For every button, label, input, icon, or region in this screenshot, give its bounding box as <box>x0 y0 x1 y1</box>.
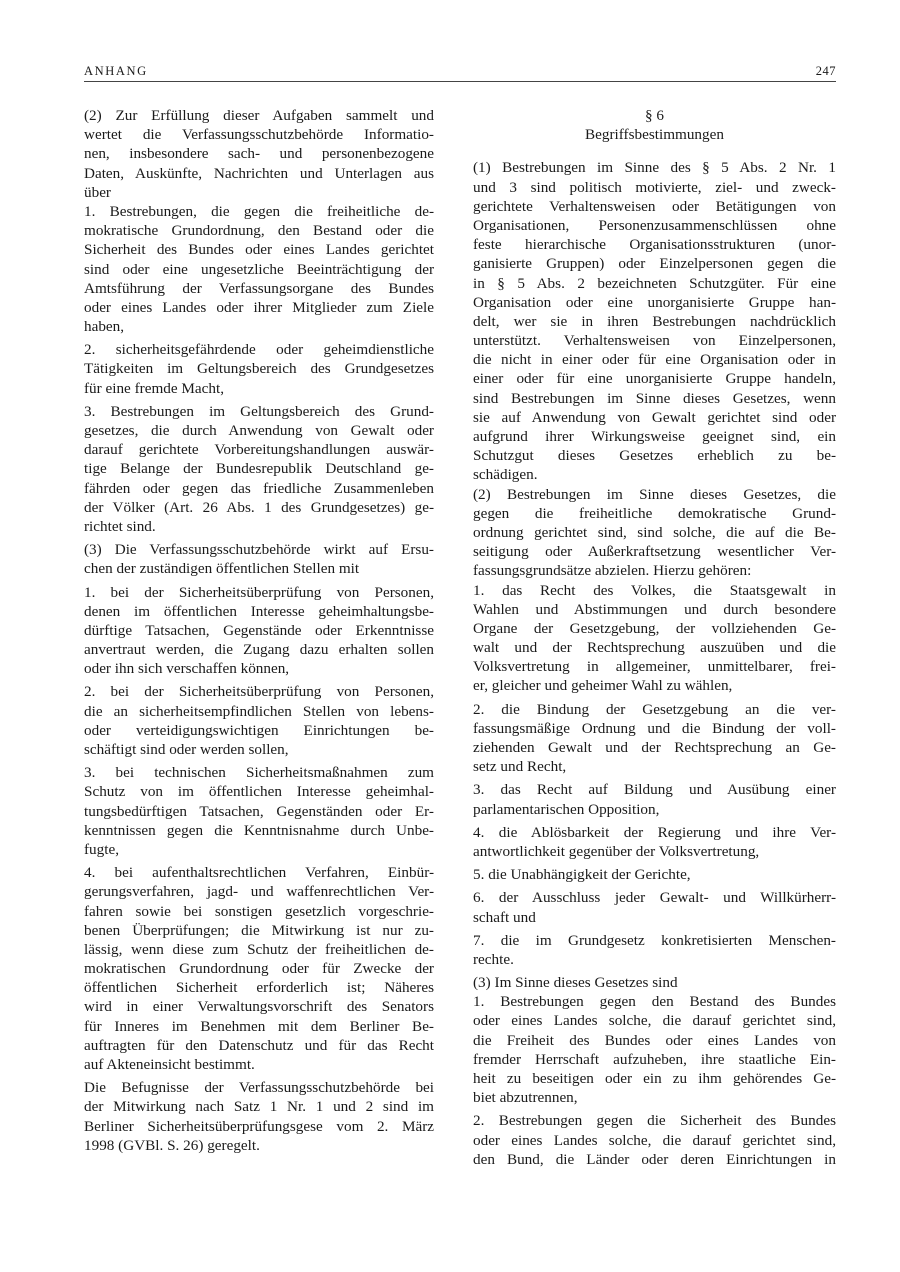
paragraph: 6. der Ausschluss jeder Gewalt- und Will… <box>473 888 836 926</box>
text-line: (3) Im Sinne dieses Gesetzes sind <box>473 973 836 992</box>
text-line: er, gleicher und geheimer Wahl zu wählen… <box>473 676 836 695</box>
text-line: Daten, Auskünfte, Nachrichten und Unterl… <box>84 164 434 183</box>
text-line: 1. Bestrebungen gegen den Bestand des Bu… <box>473 992 836 1011</box>
text-line: kenntnissen gegen die Kenntnisnahme durc… <box>84 821 434 840</box>
text-line: für eine fremde Macht, <box>84 379 434 398</box>
text-line: sie auf Anwendung von Gewalt gerichtet s… <box>473 408 836 427</box>
text-line: sind Bestrebungen im Sinne dieses Gesetz… <box>473 389 836 408</box>
text-line: 6. der Ausschluss jeder Gewalt- und Will… <box>473 888 836 907</box>
text-line: mokratische Grundordnung, den Bestand od… <box>84 221 434 240</box>
text-line: seitigung oder Außerkraftsetzung wesentl… <box>473 542 836 561</box>
text-line: schaft und <box>473 908 836 927</box>
text-line: 5. die Unabhängigkeit der Gerichte, <box>473 865 836 884</box>
paragraph: (2) Bestrebungen im Sinne dieses Gesetze… <box>473 485 836 581</box>
text-line: (1) Bestrebungen im Sinne des § 5 Abs. 2… <box>473 158 836 177</box>
text-line: fugte, <box>84 840 434 859</box>
text-line: auftragten für den Datenschutz und für d… <box>84 1036 434 1055</box>
text-line: gerichtete Verhaltensweisen oder Betätig… <box>473 197 836 216</box>
text-line: Schutzgut dieses Gesetzes erheblich zu b… <box>473 446 836 465</box>
text-line: tige Belange der Bundesrepublik Deutschl… <box>84 459 434 478</box>
text-line: Tätigkeiten im Geltungsbereich des Grund… <box>84 359 434 378</box>
paragraph: 1. das Recht des Volkes, die Staatsgewal… <box>473 581 836 696</box>
text-line: den Bund, die Länder oder deren Einricht… <box>473 1150 836 1169</box>
paragraph: 2. die Bindung der Gesetzgebung an die v… <box>473 700 836 777</box>
text-line: (3) Die Verfassungsschutzbehörde wirkt a… <box>84 540 434 559</box>
running-header: ANHANG 247 <box>84 63 836 82</box>
text-line: auf Akteneinsicht bestimmt. <box>84 1055 434 1074</box>
text-line: Organisation oder eine unorganisierte Gr… <box>473 293 836 312</box>
text-line: fassungsmäßige Ordnung und die Bindung d… <box>473 719 836 738</box>
text-line: die nicht in einer oder für eine Organis… <box>473 350 836 369</box>
text-line: 1998 (GVBl. S. 26) geregelt. <box>84 1136 434 1155</box>
text-line: tungsbedürftigen Tatsachen, Gegenständen… <box>84 802 434 821</box>
text-line: heit zu beseitigen oder ein zu ihm gehör… <box>473 1069 836 1088</box>
text-line: sind oder eine ungesetzliche Beeinträcht… <box>84 260 434 279</box>
text-line: ziehenden Gewalt und der Rechtsprechung … <box>473 738 836 757</box>
text-line: 1. Bestrebungen, die gegen die freiheitl… <box>84 202 434 221</box>
text-line: Organe der Gesetzgebung, der vollziehend… <box>473 619 836 638</box>
paragraph: (3) Die Verfassungsschutzbehörde wirkt a… <box>84 540 434 578</box>
text-line: anvertraut werden, die Zugang dazu erhal… <box>84 640 434 659</box>
text-line: Wahlen und Abstimmungen und durch besond… <box>473 600 836 619</box>
paragraph: 1. bei der Sicherheitsüberprüfung von Pe… <box>84 583 434 679</box>
section-number: § 6 <box>473 106 836 125</box>
section-heading: § 6 Begriffsbestimmungen <box>473 106 836 144</box>
paragraph: 1. Bestrebungen gegen den Bestand des Bu… <box>473 992 836 1107</box>
text-line: für Inneres im Benehmen mit dem Berliner… <box>84 1017 434 1036</box>
text-line: 2. sicherheitsgefährdende oder geheimdie… <box>84 340 434 359</box>
paragraph: 5. die Unabhängigkeit der Gerichte, <box>473 865 836 884</box>
paragraph: (2) Zur Erfüllung dieser Aufgaben sammel… <box>84 106 434 202</box>
paragraph: 2. bei der Sicherheitsüberprüfung von Pe… <box>84 682 434 759</box>
paragraph: 3. bei technischen Sicherheitsmaßnahmen … <box>84 763 434 859</box>
text-line: oder eines Landes solche, die darauf ger… <box>473 1011 836 1030</box>
text-line: fahren sowie bei sonstigen gesetzlich vo… <box>84 902 434 921</box>
text-line: wird in einer Verwaltungsvorschrift des … <box>84 997 434 1016</box>
text-line: antwortlichkeit gegenüber der Volksvertr… <box>473 842 836 861</box>
text-line: ganisierte Gruppen) oder Einzelpersonen … <box>473 254 836 273</box>
text-line: Berliner Sicherheitsüberprüfungsgese vom… <box>84 1117 434 1136</box>
text-line: 1. bei der Sicherheitsüberprüfung von Pe… <box>84 583 434 602</box>
text-line: ordnung gerichtet sind, sind solche, die… <box>473 523 836 542</box>
text-line: der Völker (Art. 26 Abs. 1 des Grundgese… <box>84 498 434 517</box>
text-line: 7. die im Grundgesetz konkretisierten Me… <box>473 931 836 950</box>
text-line: 2. die Bindung der Gesetzgebung an die v… <box>473 700 836 719</box>
text-line: und 3 sind politisch motivierte, ziel- u… <box>473 178 836 197</box>
text-line: die Freiheit des Bundes oder eines Lande… <box>473 1031 836 1050</box>
text-line: einer oder für eine unorganisierte Grupp… <box>473 369 836 388</box>
text-line: mokratischen Grundordnung oder für Zweck… <box>84 959 434 978</box>
text-line: aufgrund ihrer Wirkungsweise geeignet si… <box>473 427 836 446</box>
text-line: Organisationen, Personenzusammenschlüsse… <box>473 216 836 235</box>
paragraph: (3) Im Sinne dieses Gesetzes sind <box>473 973 836 992</box>
text-line: (2) Zur Erfüllung dieser Aufgaben sammel… <box>84 106 434 125</box>
paragraph: 2. Bestrebungen gegen die Sicherheit des… <box>473 1111 836 1169</box>
text-line: unterstützt. Verhaltensweisen von Einzel… <box>473 331 836 350</box>
text-line: schäftigt sind oder werden sollen, <box>84 740 434 759</box>
paragraph: 7. die im Grundgesetz konkretisierten Me… <box>473 931 836 969</box>
text-line: schädigen. <box>473 465 836 484</box>
text-line: parlamentarischen Opposition, <box>473 800 836 819</box>
text-line: öffentlichen Sicherheit erforderlich ist… <box>84 978 434 997</box>
text-line: Amtsführung der Verfassungsorgane des Bu… <box>84 279 434 298</box>
text-line: über <box>84 183 434 202</box>
text-line: haben, <box>84 317 434 336</box>
text-line: 3. bei technischen Sicherheitsmaßnahmen … <box>84 763 434 782</box>
text-line: fremder Herrschaft aufzuheben, ihre staa… <box>473 1050 836 1069</box>
text-line: lässig, wenn diese zum Schutz der freihe… <box>84 940 434 959</box>
paragraph: (1) Bestrebungen im Sinne des § 5 Abs. 2… <box>473 158 836 484</box>
text-line: 4. bei aufenthaltsrechtlichen Verfahren,… <box>84 863 434 882</box>
text-line: oder eines Landes oder ihrer Mitglieder … <box>84 298 434 317</box>
text-line: 3. Bestrebungen im Geltungsbereich des G… <box>84 402 434 421</box>
text-line: Schutz von im öffentlichen Interesse geh… <box>84 782 434 801</box>
text-line: 2. bei der Sicherheitsüberprüfung von Pe… <box>84 682 434 701</box>
text-line: gesetzes, die durch Anwendung von Gewalt… <box>84 421 434 440</box>
text-line: chen der zuständigen öffentlichen Stelle… <box>84 559 434 578</box>
text-line: biet abzutrennen, <box>473 1088 836 1107</box>
paragraph: 4. bei aufenthaltsrechtlichen Verfahren,… <box>84 863 434 1074</box>
text-line: in § 5 Abs. 2 bezeichneten Schutzgüter. … <box>473 274 836 293</box>
text-line: richtet sind. <box>84 517 434 536</box>
text-line: nen, insbesondere sach- und personenbezo… <box>84 144 434 163</box>
text-line: Volksvertretung in allgemeiner, unmittel… <box>473 657 836 676</box>
text-line: oder verteidigungswichtigen Einrichtunge… <box>84 721 434 740</box>
right-column: § 6 Begriffsbestimmungen (1) Bestrebunge… <box>473 106 836 1173</box>
text-line: feste hierarchische Organisationsstruktu… <box>473 235 836 254</box>
text-line: dürftige Tatsachen, Gegenstände oder Erk… <box>84 621 434 640</box>
text-line: oder eines Landes solche, die darauf ger… <box>473 1131 836 1150</box>
paragraph: 3. das Recht auf Bildung und Ausübung ei… <box>473 780 836 818</box>
paragraph: 4. die Ablösbarkeit der Regierung und ih… <box>473 823 836 861</box>
text-line: setz und Recht, <box>473 757 836 776</box>
right-paragraphs: (1) Bestrebungen im Sinne des § 5 Abs. 2… <box>473 158 836 1169</box>
text-line: 2. Bestrebungen gegen die Sicherheit des… <box>473 1111 836 1130</box>
paragraph: 2. sicherheitsgefährdende oder geheimdie… <box>84 340 434 398</box>
text-line: darauf gerichtete Vorbereitungshandlunge… <box>84 440 434 459</box>
header-section-title: ANHANG <box>84 64 148 79</box>
text-line: wertet die Verfassungsschutzbehörde Info… <box>84 125 434 144</box>
text-line: walt und der Rechtsprechung auszuüben un… <box>473 638 836 657</box>
text-line: Sicherheit des Bundes oder eines Landes … <box>84 240 434 259</box>
text-line: gerungsverfahren, jagd- und waffenrechtl… <box>84 882 434 901</box>
paragraph: 1. Bestrebungen, die gegen die freiheitl… <box>84 202 434 336</box>
text-line: gegen die freiheitliche demokratische Gr… <box>473 504 836 523</box>
text-line: die an sicherheitsempfindlichen Stellen … <box>84 702 434 721</box>
text-line: oder ihn sich verschaffen können, <box>84 659 434 678</box>
text-line: der Mitwirkung nach Satz 1 Nr. 1 und 2 s… <box>84 1097 434 1116</box>
page-number: 247 <box>816 64 836 79</box>
left-column: (2) Zur Erfüllung dieser Aufgaben sammel… <box>84 106 434 1159</box>
text-line: 3. das Recht auf Bildung und Ausübung ei… <box>473 780 836 799</box>
text-line: denen im öffentlichen Interesse geheimha… <box>84 602 434 621</box>
section-title: Begriffsbestimmungen <box>473 125 836 144</box>
text-line: delt, wer sie in ihren Bestrebungen nach… <box>473 312 836 331</box>
text-line: Die Befugnisse der Verfassungsschutzbehö… <box>84 1078 434 1097</box>
text-line: rechte. <box>473 950 836 969</box>
paragraph: Die Befugnisse der Verfassungsschutzbehö… <box>84 1078 434 1155</box>
text-line: fährden oder gegen das friedliche Zusamm… <box>84 479 434 498</box>
text-line: (2) Bestrebungen im Sinne dieses Gesetze… <box>473 485 836 504</box>
text-line: fassungsgrundsätze abzielen. Hierzu gehö… <box>473 561 836 580</box>
text-line: 4. die Ablösbarkeit der Regierung und ih… <box>473 823 836 842</box>
paragraph: 3. Bestrebungen im Geltungsbereich des G… <box>84 402 434 536</box>
text-line: 1. das Recht des Volkes, die Staatsgewal… <box>473 581 836 600</box>
text-line: benen Überprüfungen; die Mitwirkung ist … <box>84 921 434 940</box>
